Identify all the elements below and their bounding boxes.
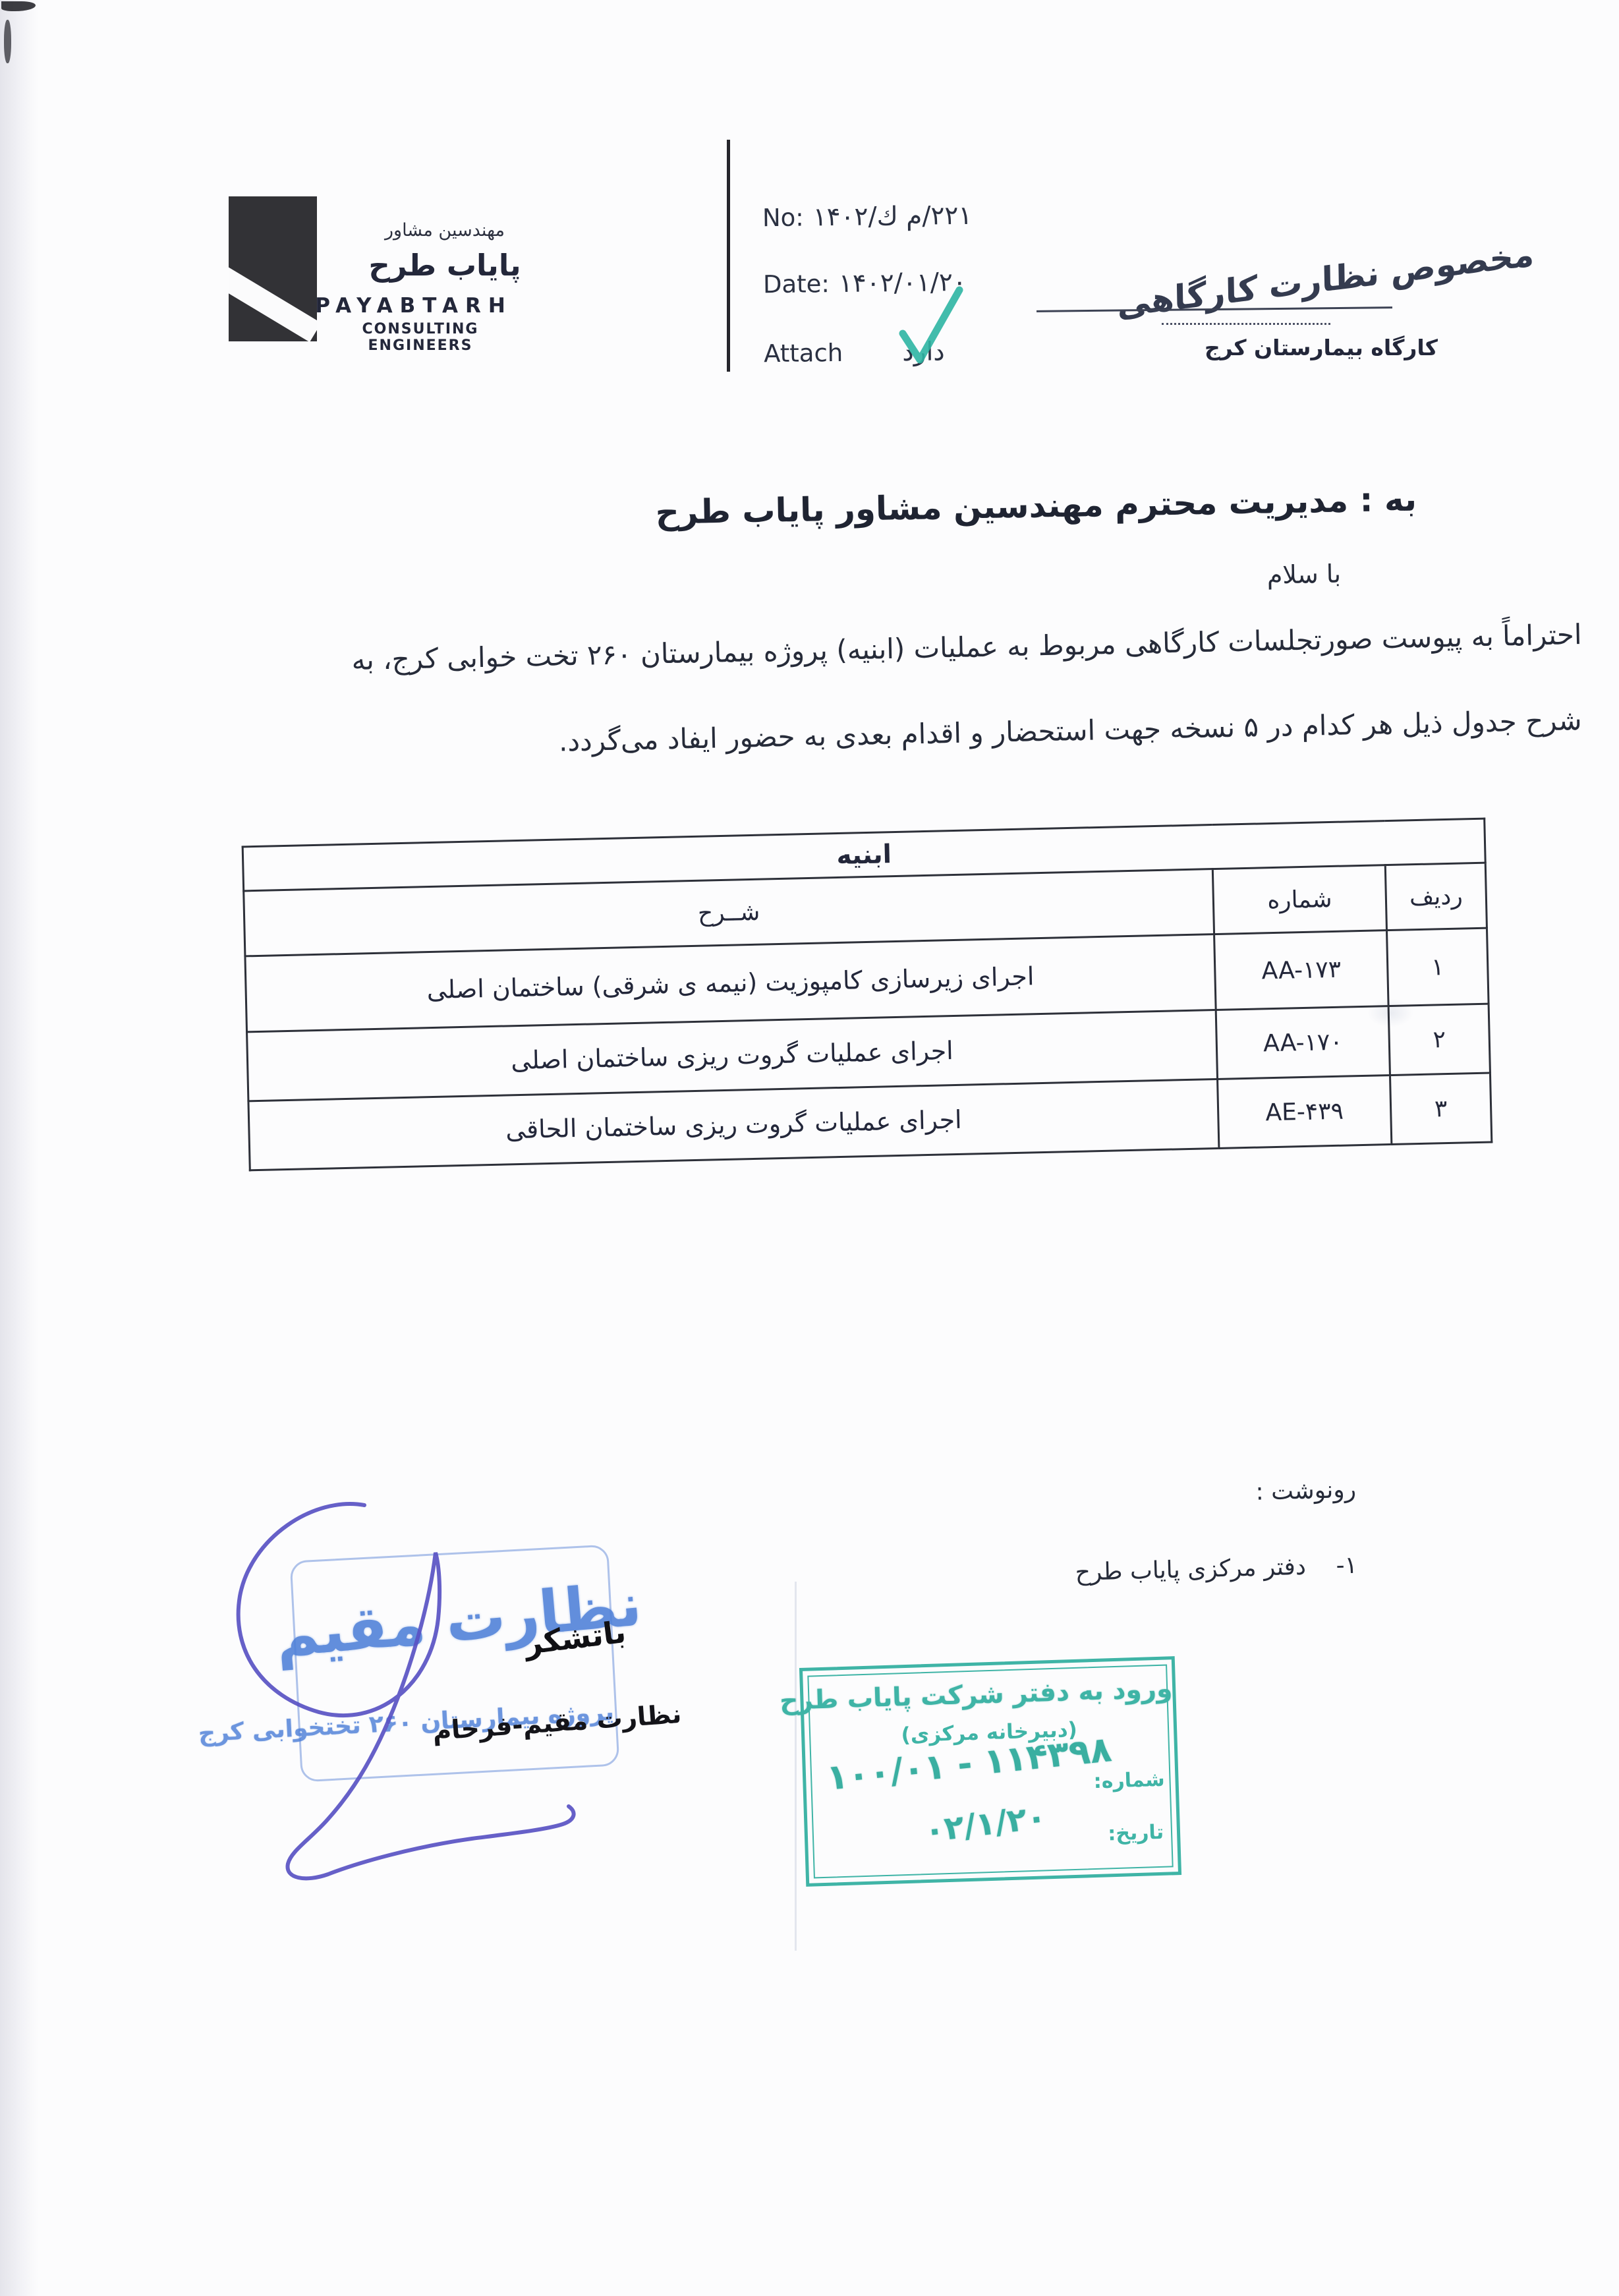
logo-tagline: مهندسین مشاور xyxy=(369,220,521,241)
scan-edge-shadow xyxy=(0,0,38,2296)
letterhead-divider xyxy=(727,140,730,372)
cell-row-index: ۱ xyxy=(1386,928,1489,1006)
dept-calligraphy: مخصوص نظارت کارگاهی xyxy=(1220,235,1534,313)
entry-stamp: ورود به دفتر شرکت پایاب طرح (دبیرخانه مر… xyxy=(799,1656,1181,1887)
scan-artifact xyxy=(4,20,11,63)
cell-number: AA-۱۷۰ xyxy=(1216,1006,1390,1079)
cc-item: ۱- دفتر مرکزی پایاب طرح xyxy=(1091,1552,1358,1586)
dept-site-line: کارگاه بیمارستان کرج xyxy=(1234,335,1438,360)
cc-label: رونوشت : xyxy=(1242,1476,1356,1506)
cell-number: AA-۱۷۳ xyxy=(1214,931,1389,1010)
company-name-farsi: پایاب طرح xyxy=(366,248,524,283)
cell-number: AE-۴۳۹ xyxy=(1218,1076,1392,1149)
attach-label: Attach xyxy=(764,339,843,368)
company-name-latin: PAYABTARH xyxy=(308,294,519,318)
letter-salutation: با سلام xyxy=(1232,560,1342,590)
no-label: No: xyxy=(762,204,804,233)
col-header-row: ردیف xyxy=(1385,863,1487,930)
entry-date-label: تاریخ: xyxy=(1108,1821,1164,1846)
letter-body-line-2: شرح جدول ذیل هر کدام در ۵ نسخه جهت استحض… xyxy=(507,704,1582,759)
col-header-number: شماره xyxy=(1212,865,1386,934)
cell-row-index: ۳ xyxy=(1390,1073,1491,1144)
company-subtitle-latin: CONSULTING ENGINEERS xyxy=(315,321,526,354)
letter-body-line-1: احتراماً به پیوست صورتجلسات کارگاهی مربو… xyxy=(249,618,1582,678)
scanned-letter-page: مهندسین مشاور پایاب طرح PAYABTARH CONSUL… xyxy=(0,0,1619,2296)
attach-checkmark-icon xyxy=(894,283,967,377)
dept-dotted-line xyxy=(1162,323,1330,325)
attachments-table-wrap: ابنیه ردیف شماره شــرح ۱ AA-۱۷۳ اجرای زی… xyxy=(242,818,1493,1172)
company-logo-icon xyxy=(229,196,317,341)
logo-stripe xyxy=(229,265,317,341)
cell-row-index: ۲ xyxy=(1388,1004,1490,1075)
date-label: Date: xyxy=(763,270,830,299)
letter-recipient-line: به : مدیریت محترم مهندسین مشاور پایاب طر… xyxy=(853,480,1417,529)
paper-crease xyxy=(795,1582,797,1951)
no-value: ۲۲۱/م ك/۱۴۰۲ xyxy=(812,201,972,233)
handwritten-signature xyxy=(229,1496,585,1891)
attachments-table: ابنیه ردیف شماره شــرح ۱ AA-۱۷۳ اجرای زی… xyxy=(242,818,1493,1172)
entry-number-label: شماره: xyxy=(1093,1768,1165,1793)
